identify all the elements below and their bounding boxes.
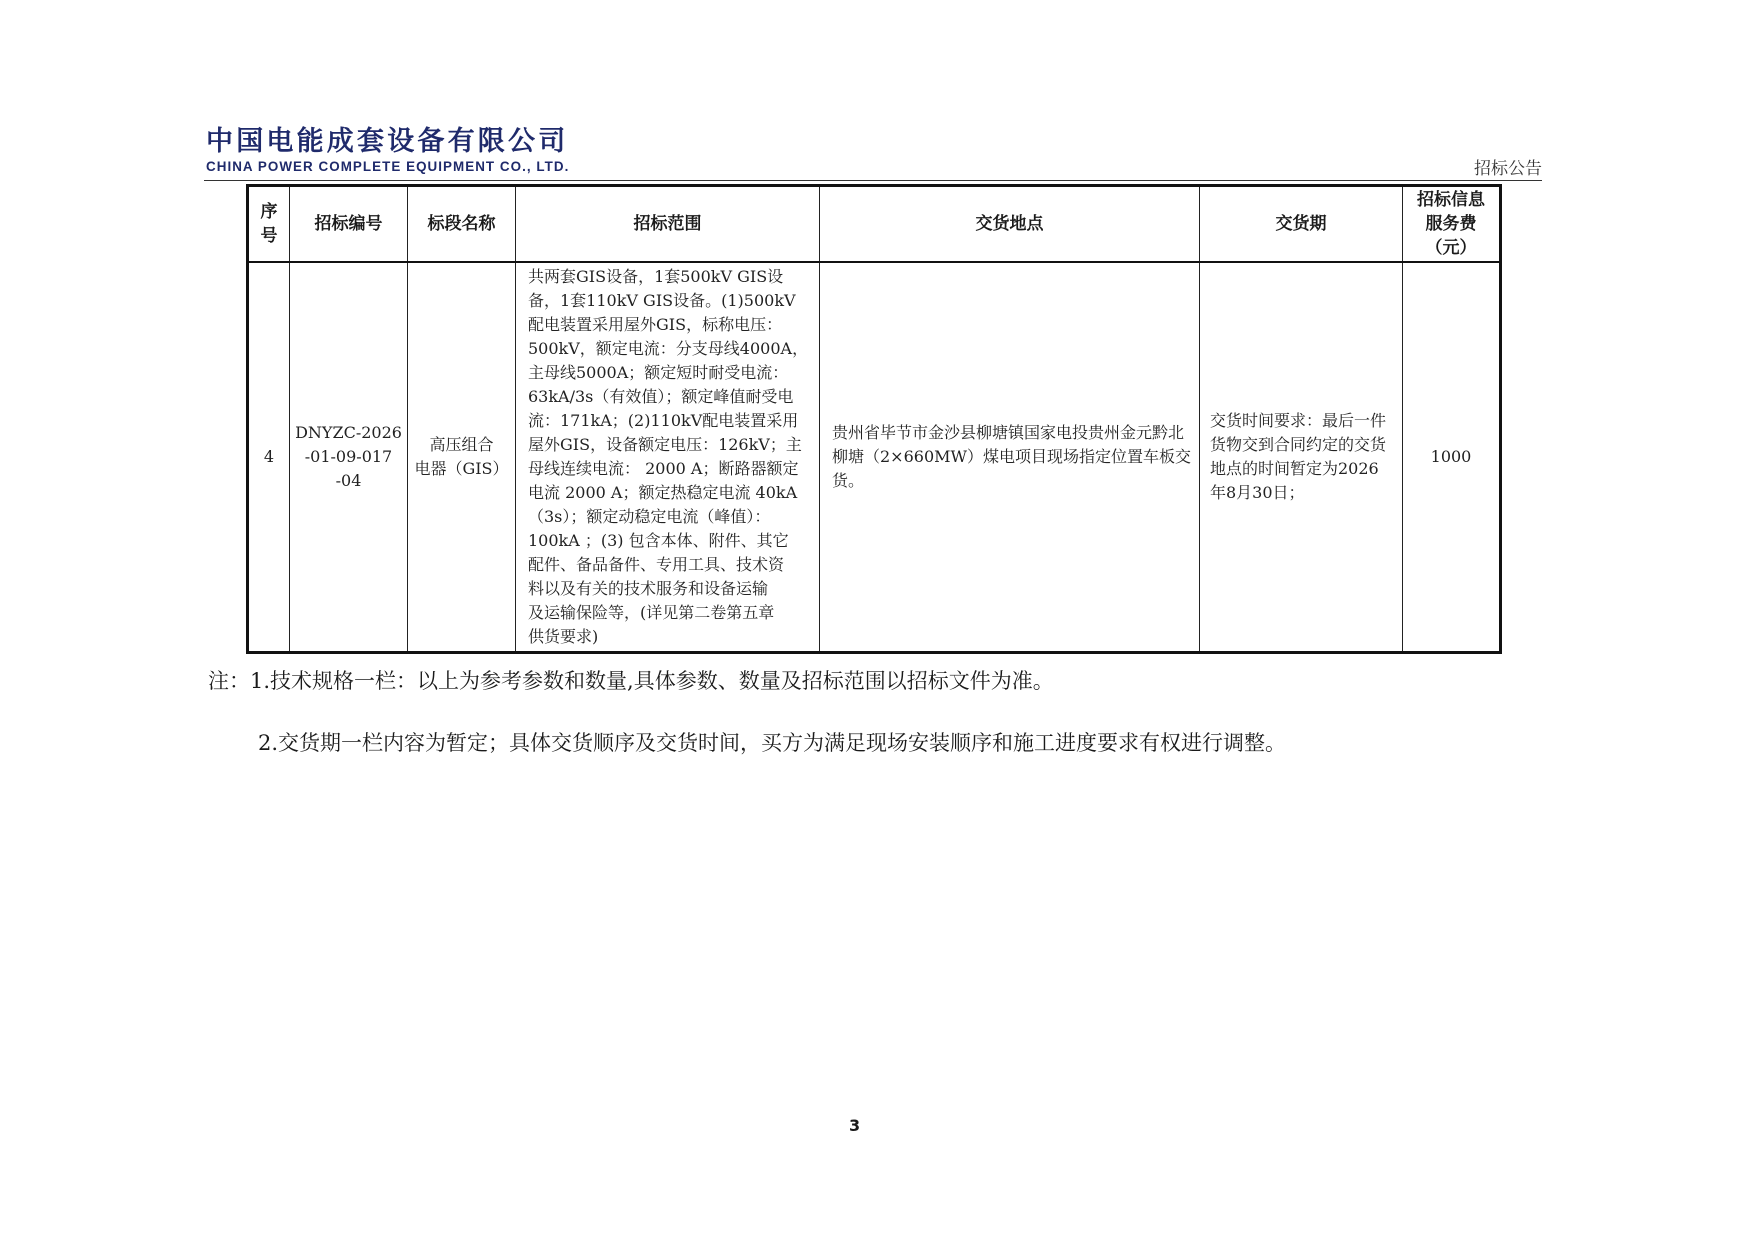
col-header-bid-no: 招标编号 [290,186,408,263]
scope-line: 共两套GIS设备，1套500kV GIS设 [528,265,815,289]
cell-delivery-place: 贵州省毕节市金沙县柳塘镇国家电投贵州金元黔北柳塘（2×660MW）煤电项目现场指… [820,262,1200,653]
table-row: 4 DNYZC-2026 -01-09-017 -04 高压组合 电器（GIS）… [248,262,1501,653]
scope-line: 供货要求) [528,625,815,649]
logo-english-name: CHINA POWER COMPLETE EQUIPMENT CO., LTD. [206,159,569,175]
note-2: 2.交货期一栏内容为暂定；具体交货顺序及交货时间，买方为满足现场安装顺序和施工进… [258,728,1286,758]
scope-line: 主母线5000A；额定短时耐受电流： [528,361,815,385]
scope-line: 100kA ；(3) 包含本体、附件、其它 [528,529,815,553]
scope-line: 配件、备品备件、专用工具、技术资 [528,553,815,577]
scope-line: 500kV，额定电流：分支母线4000A， [528,337,815,361]
col-header-fee-line1: 招标信息 [1403,188,1499,212]
scope-line: 备，1套110kV GIS设备。(1)500kV [528,289,815,313]
scope-line: 屋外GIS，设备额定电压：126kV；主 [528,433,815,457]
bid-no-line: -01-09-017 [290,445,407,469]
logo-chinese-name: 中国电能成套设备有限公司 [206,127,569,157]
col-header-index: 序 号 [248,186,290,263]
col-header-index-line2: 号 [249,224,289,248]
header-divider [204,180,1542,181]
col-header-delivery-place: 交货地点 [820,186,1200,263]
col-header-scope: 招标范围 [516,186,820,263]
scope-line: 63kA/3s（有效值）；额定峰值耐受电 [528,385,815,409]
bid-no-line: -04 [290,469,407,493]
cell-scope: 共两套GIS设备，1套500kV GIS设 备，1套110kV GIS设备。(1… [516,262,820,653]
cell-index: 4 [248,262,290,653]
lot-name-line: 高压组合 [408,433,515,457]
document-type-label: 招标公告 [1474,154,1542,179]
col-header-lot-name: 标段名称 [408,186,516,263]
company-logo: 中国电能成套设备有限公司 CHINA POWER COMPLETE EQUIPM… [206,127,569,175]
scope-line: （3s）；额定动稳定电流（峰值）： [528,505,815,529]
col-header-fee-line3: （元） [1403,236,1499,260]
scope-line: 料以及有关的技术服务和设备运输 [528,577,815,601]
bid-table: 序 号 招标编号 标段名称 招标范围 交货地点 交货期 招标信息 服务费 （元）… [246,184,1502,654]
cell-fee: 1000 [1403,262,1501,653]
table-header-row: 序 号 招标编号 标段名称 招标范围 交货地点 交货期 招标信息 服务费 （元） [248,186,1501,263]
col-header-delivery-period: 交货期 [1200,186,1403,263]
col-header-index-line1: 序 [249,200,289,224]
cell-delivery-period: 交货时间要求：最后一件货物交到合同约定的交货地点的时间暂定为2026年8月30日… [1200,262,1403,653]
col-header-fee-line2: 服务费 [1403,212,1499,236]
note-1: 注：1.技术规格一栏：以上为参考参数和数量,具体参数、数量及招标范围以招标文件为… [208,666,1054,696]
bid-no-line: DNYZC-2026 [290,421,407,445]
scope-line: 流：171kA；(2)110kV配电装置采用 [528,409,815,433]
scope-line: 配电装置采用屋外GIS，标称电压： [528,313,815,337]
scope-line: 电流 2000 A；额定热稳定电流 40kA [528,481,815,505]
scope-line: 母线连续电流： 2000 A；断路器额定 [528,457,815,481]
page-number: 3 [849,1116,860,1135]
cell-lot-name: 高压组合 电器（GIS） [408,262,516,653]
lot-name-line: 电器（GIS） [408,457,515,481]
scope-line: 及运输保险等，(详见第二卷第五章 [528,601,815,625]
cell-bid-no: DNYZC-2026 -01-09-017 -04 [290,262,408,653]
col-header-fee: 招标信息 服务费 （元） [1403,186,1501,263]
